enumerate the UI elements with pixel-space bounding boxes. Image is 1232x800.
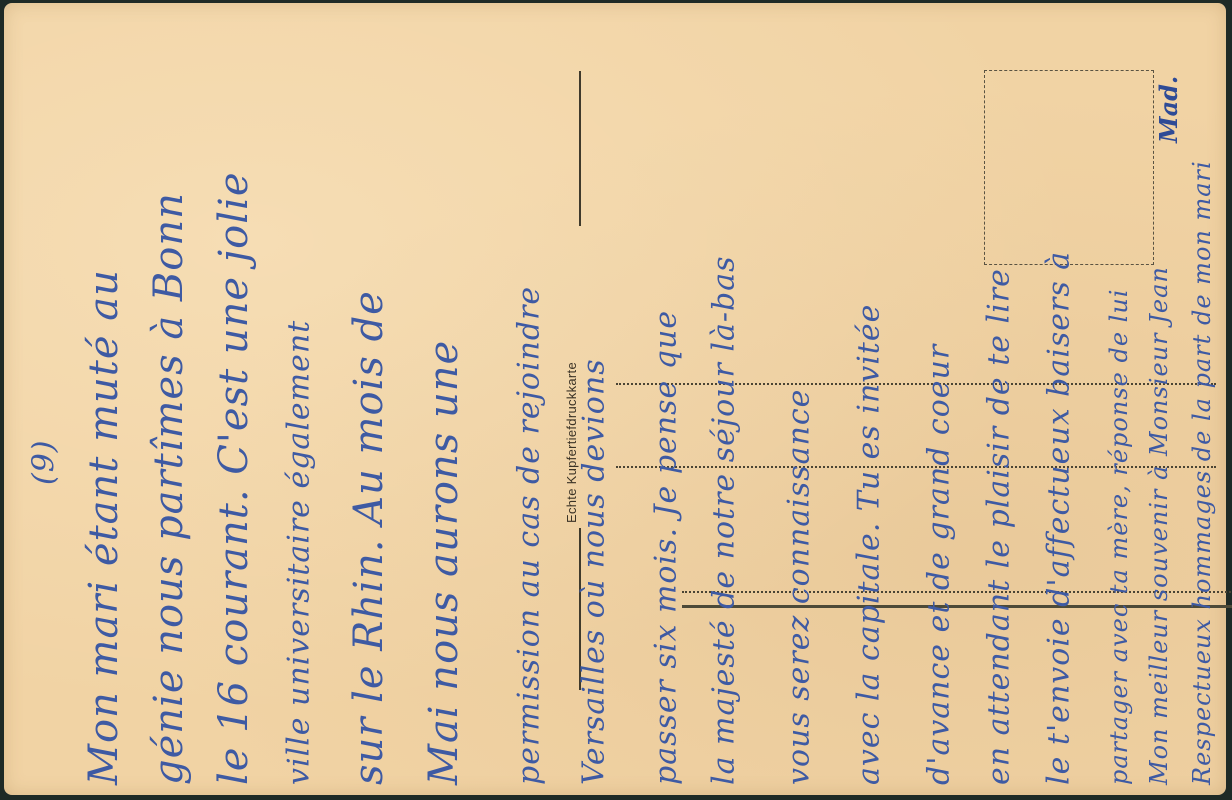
handwritten-line-9: passer six mois. Je pense que — [636, 0, 696, 795]
handwritten-line-3: le 16 courant. C'est une jolie — [204, 0, 264, 795]
handwritten-page-number: (9) — [14, 0, 74, 795]
handwritten-line-13: d'avance et de grand coeur — [909, 0, 969, 795]
postcard: Echte Kupfertiefdruckkarte (9) Mon mari … — [4, 3, 1226, 795]
handwritten-line-2: génie nous partîmes à Bonn — [139, 0, 199, 795]
handwritten-line-14: en attendant le plaisir de te lire — [969, 0, 1029, 795]
handwritten-line-10: la majesté de notre séjour là-bas — [694, 0, 754, 795]
handwritten-line-7: permission au cas de rejoindre — [499, 0, 559, 795]
handwritten-line-6: Mai nous aurons une — [414, 0, 474, 795]
signature: Mad. — [1154, 76, 1183, 143]
handwritten-line-11: vous serez connaissance — [769, 0, 829, 795]
handwritten-line-5: sur le Rhin. Au mois de — [339, 0, 399, 795]
handwritten-line-8: Versailles où nous devions — [564, 0, 624, 795]
handwritten-line-15: le t'envoie d'affectueux baisers à — [1029, 0, 1089, 795]
handwritten-line-12: avec la capitale. Tu es invitée — [839, 0, 899, 795]
handwritten-line-4: ville universitaire également — [269, 0, 329, 795]
handwritten-line-1: Mon mari étant muté au — [74, 0, 134, 795]
